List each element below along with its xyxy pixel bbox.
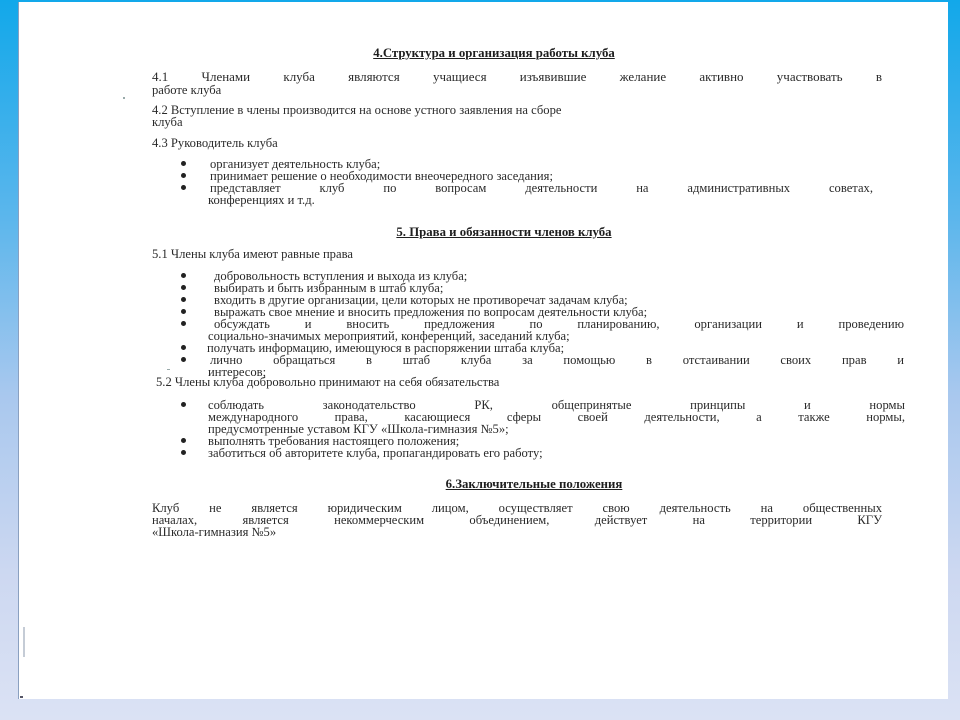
bullet-icon	[181, 297, 186, 302]
scan-speck	[20, 696, 23, 698]
scan-speck	[123, 97, 125, 99]
scan-speck	[23, 627, 25, 657]
bullet-icon	[181, 185, 186, 190]
paragraph-4-1-line1: 4.1 Членами клуба являются учащиеся изъя…	[152, 71, 882, 84]
bullet-icon	[181, 438, 186, 443]
list-item-text: лично обращаться в штаб клуба за помощью…	[210, 354, 904, 367]
bullet-icon	[181, 173, 186, 178]
bullet-icon	[181, 273, 186, 278]
paragraph-4-2-line2: клуба	[152, 116, 183, 129]
closing-paragraph-line3: «Школа-гимназия №5»	[152, 526, 276, 539]
paragraph-4-1-line2: работе клуба	[152, 84, 221, 97]
bullet-icon	[181, 309, 186, 314]
paragraph-5-2: 5.2 Члены клуба добровольно принимают на…	[156, 376, 499, 389]
scanned-document-page: 4.Структура и организация работы клуба 4…	[19, 2, 948, 699]
scan-speck	[167, 369, 170, 370]
paragraph-5-1: 5.1 Члены клуба имеют равные права	[152, 248, 353, 261]
bullet-icon	[181, 161, 186, 166]
paragraph-4-2-line1: 4.2 Вступление в члены производится на о…	[152, 104, 561, 117]
section-6-heading: 6.Заключительные положения	[319, 478, 719, 491]
paragraph-4-3: 4.3 Руководитель клуба	[152, 137, 278, 150]
bullet-icon	[181, 345, 186, 350]
bullet-icon	[181, 450, 186, 455]
list-item-text: заботиться об авторитете клуба, пропаган…	[208, 447, 543, 460]
list-item-text-continuation: конференциях и т.д.	[208, 194, 315, 207]
bullet-icon	[181, 321, 186, 326]
bullet-icon	[181, 402, 186, 407]
bullet-icon	[181, 357, 186, 362]
section-5-heading: 5. Права и обязанности членов клуба	[269, 226, 719, 239]
section-4-heading: 4.Структура и организация работы клуба	[269, 47, 719, 60]
document-body: 4.Структура и организация работы клуба 4…	[19, 2, 948, 699]
bullet-icon	[181, 285, 186, 290]
